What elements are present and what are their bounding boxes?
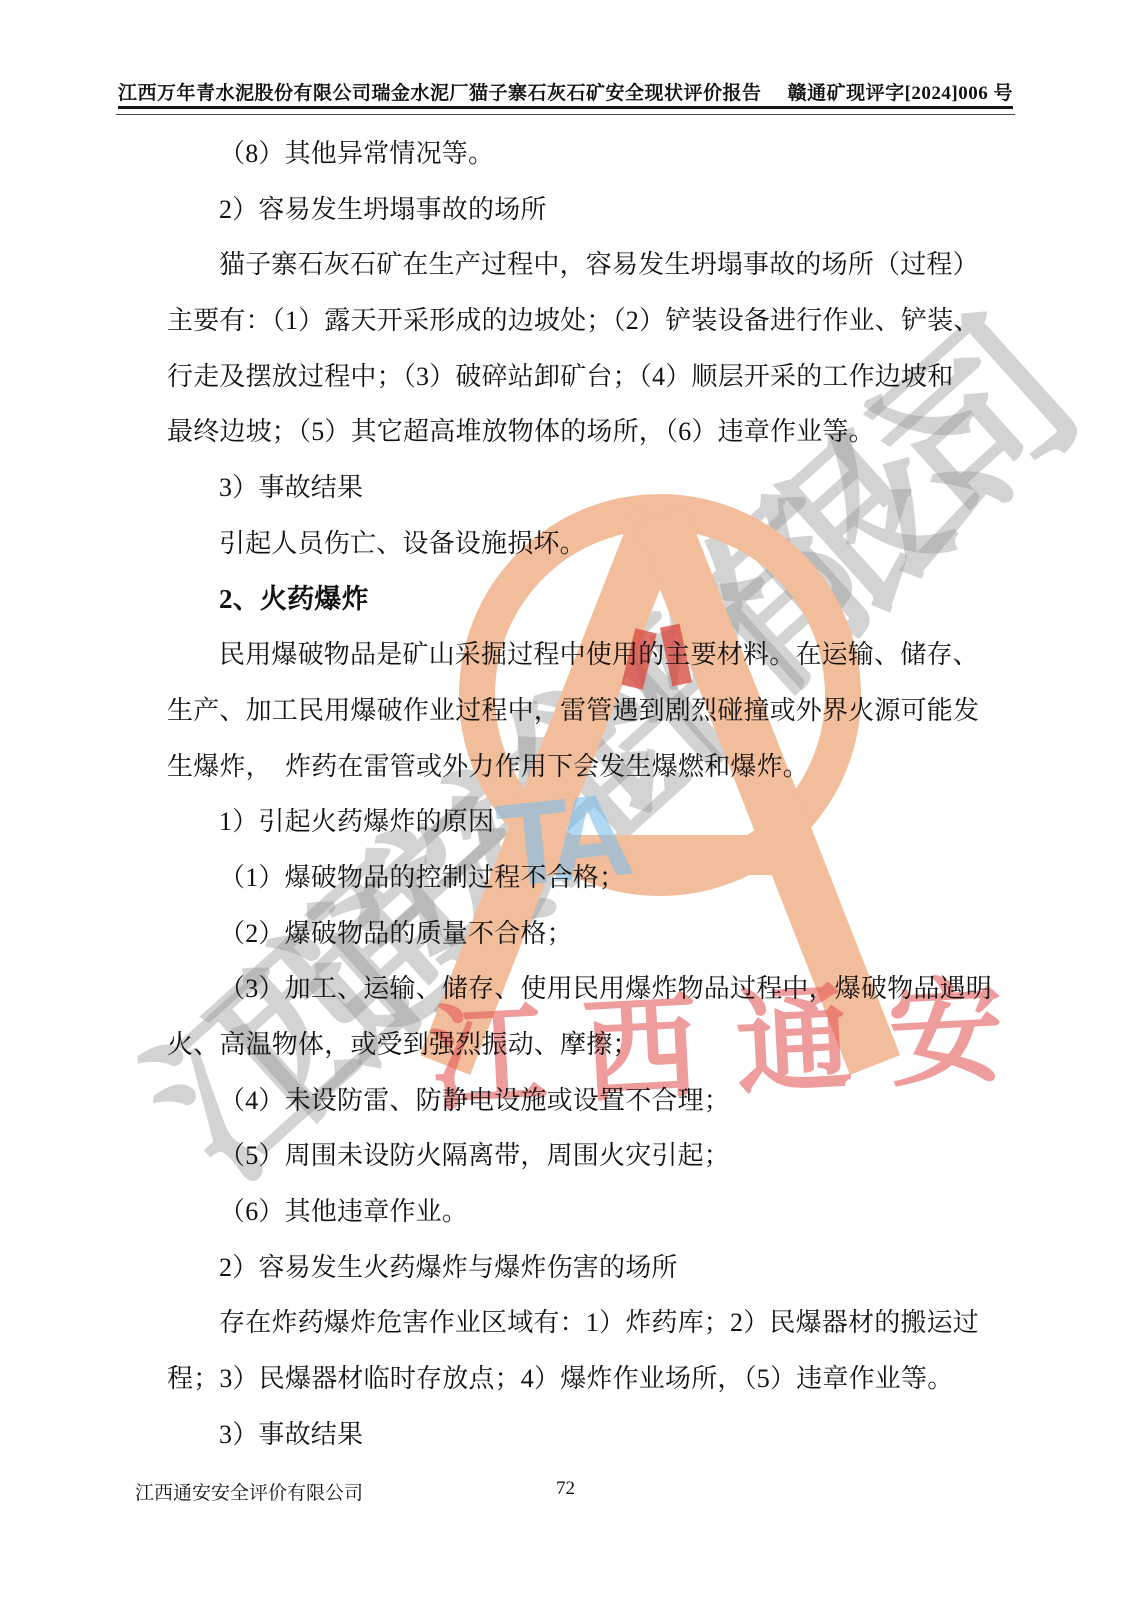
- header-doc-number: 赣通矿现评字[2024]006 号: [788, 78, 1013, 105]
- body-line: 1）引起火药爆炸的原因: [167, 794, 1017, 850]
- body-line: 3）事故结果: [167, 1407, 1017, 1463]
- header-report-title: 江西万年青水泥股份有限公司瑞金水泥厂猫子寨石灰石矿安全现状评价报告: [118, 78, 762, 105]
- body-line: 最终边坡；（5）其它超高堆放物体的场所，（6）违章作业等。: [167, 404, 1017, 460]
- body-line: 民用爆破物品是矿山采掘过程中使用的主要材料。在运输、储存、: [167, 627, 1017, 683]
- body-line: （8）其他异常情况等。: [167, 126, 1017, 182]
- body-line: 3）事故结果: [167, 460, 1017, 516]
- page-header: 江西万年青水泥股份有限公司瑞金水泥厂猫子寨石灰石矿安全现状评价报告 赣通矿现评字…: [118, 78, 1013, 105]
- body-text: （8）其他异常情况等。2）容易发生坍塌事故的场所猫子寨石灰石矿在生产过程中，容易…: [167, 126, 1017, 1463]
- body-line: （1）爆破物品的控制过程不合格；: [167, 850, 1017, 906]
- body-line: （3）加工、运输、储存、使用民用爆炸物品过程中，爆破物品遇明: [167, 961, 1017, 1017]
- body-line: 行走及摆放过程中；（3）破碎站卸矿台；（4）顺层开采的工作边坡和: [167, 349, 1017, 405]
- body-line: 程；3）民爆器材临时存放点；4）爆炸作业场所，（5）违章作业等。: [167, 1351, 1017, 1407]
- body-line: （2）爆破物品的质量不合格；: [167, 906, 1017, 962]
- report-page: 江西通安安全评价有限公司 TA 江西通安 江西万年青水泥股份有限公司瑞金水泥厂猫…: [0, 0, 1131, 1600]
- body-line: 主要有：（1）露天开采形成的边坡处；（2）铲装设备进行作业、铲装、: [167, 293, 1017, 349]
- body-line: 生爆炸， 炸药在雷管或外力作用下会发生爆燃和爆炸。: [167, 739, 1017, 795]
- body-line: 猫子寨石灰石矿在生产过程中，容易发生坍塌事故的场所（过程）: [167, 237, 1017, 293]
- body-line: 引起人员伤亡、设备设施损坏。: [167, 516, 1017, 572]
- body-line: 火、高温物体，或受到强烈振动、摩擦；: [167, 1017, 1017, 1073]
- body-line: 存在炸药爆炸危害作业区域有：1）炸药库；2）民爆器材的搬运过: [167, 1295, 1017, 1351]
- header-rule-thick: [118, 106, 1013, 109]
- footer-page-number: 72: [0, 1478, 1131, 1500]
- header-rule-thin: [116, 114, 1015, 115]
- body-line: （5）周围未设防火隔离带，周围火灾引起；: [167, 1128, 1017, 1184]
- body-line: 2）容易发生坍塌事故的场所: [167, 182, 1017, 238]
- body-line: （6）其他违章作业。: [167, 1184, 1017, 1240]
- body-line: 2、火药爆炸: [167, 572, 1017, 628]
- body-line: 2）容易发生火药爆炸与爆炸伤害的场所: [167, 1240, 1017, 1296]
- body-line: （4）未设防雷、防静电设施或设置不合理；: [167, 1073, 1017, 1129]
- body-line: 生产、加工民用爆破作业过程中，雷管遇到剧烈碰撞或外界火源可能发: [167, 683, 1017, 739]
